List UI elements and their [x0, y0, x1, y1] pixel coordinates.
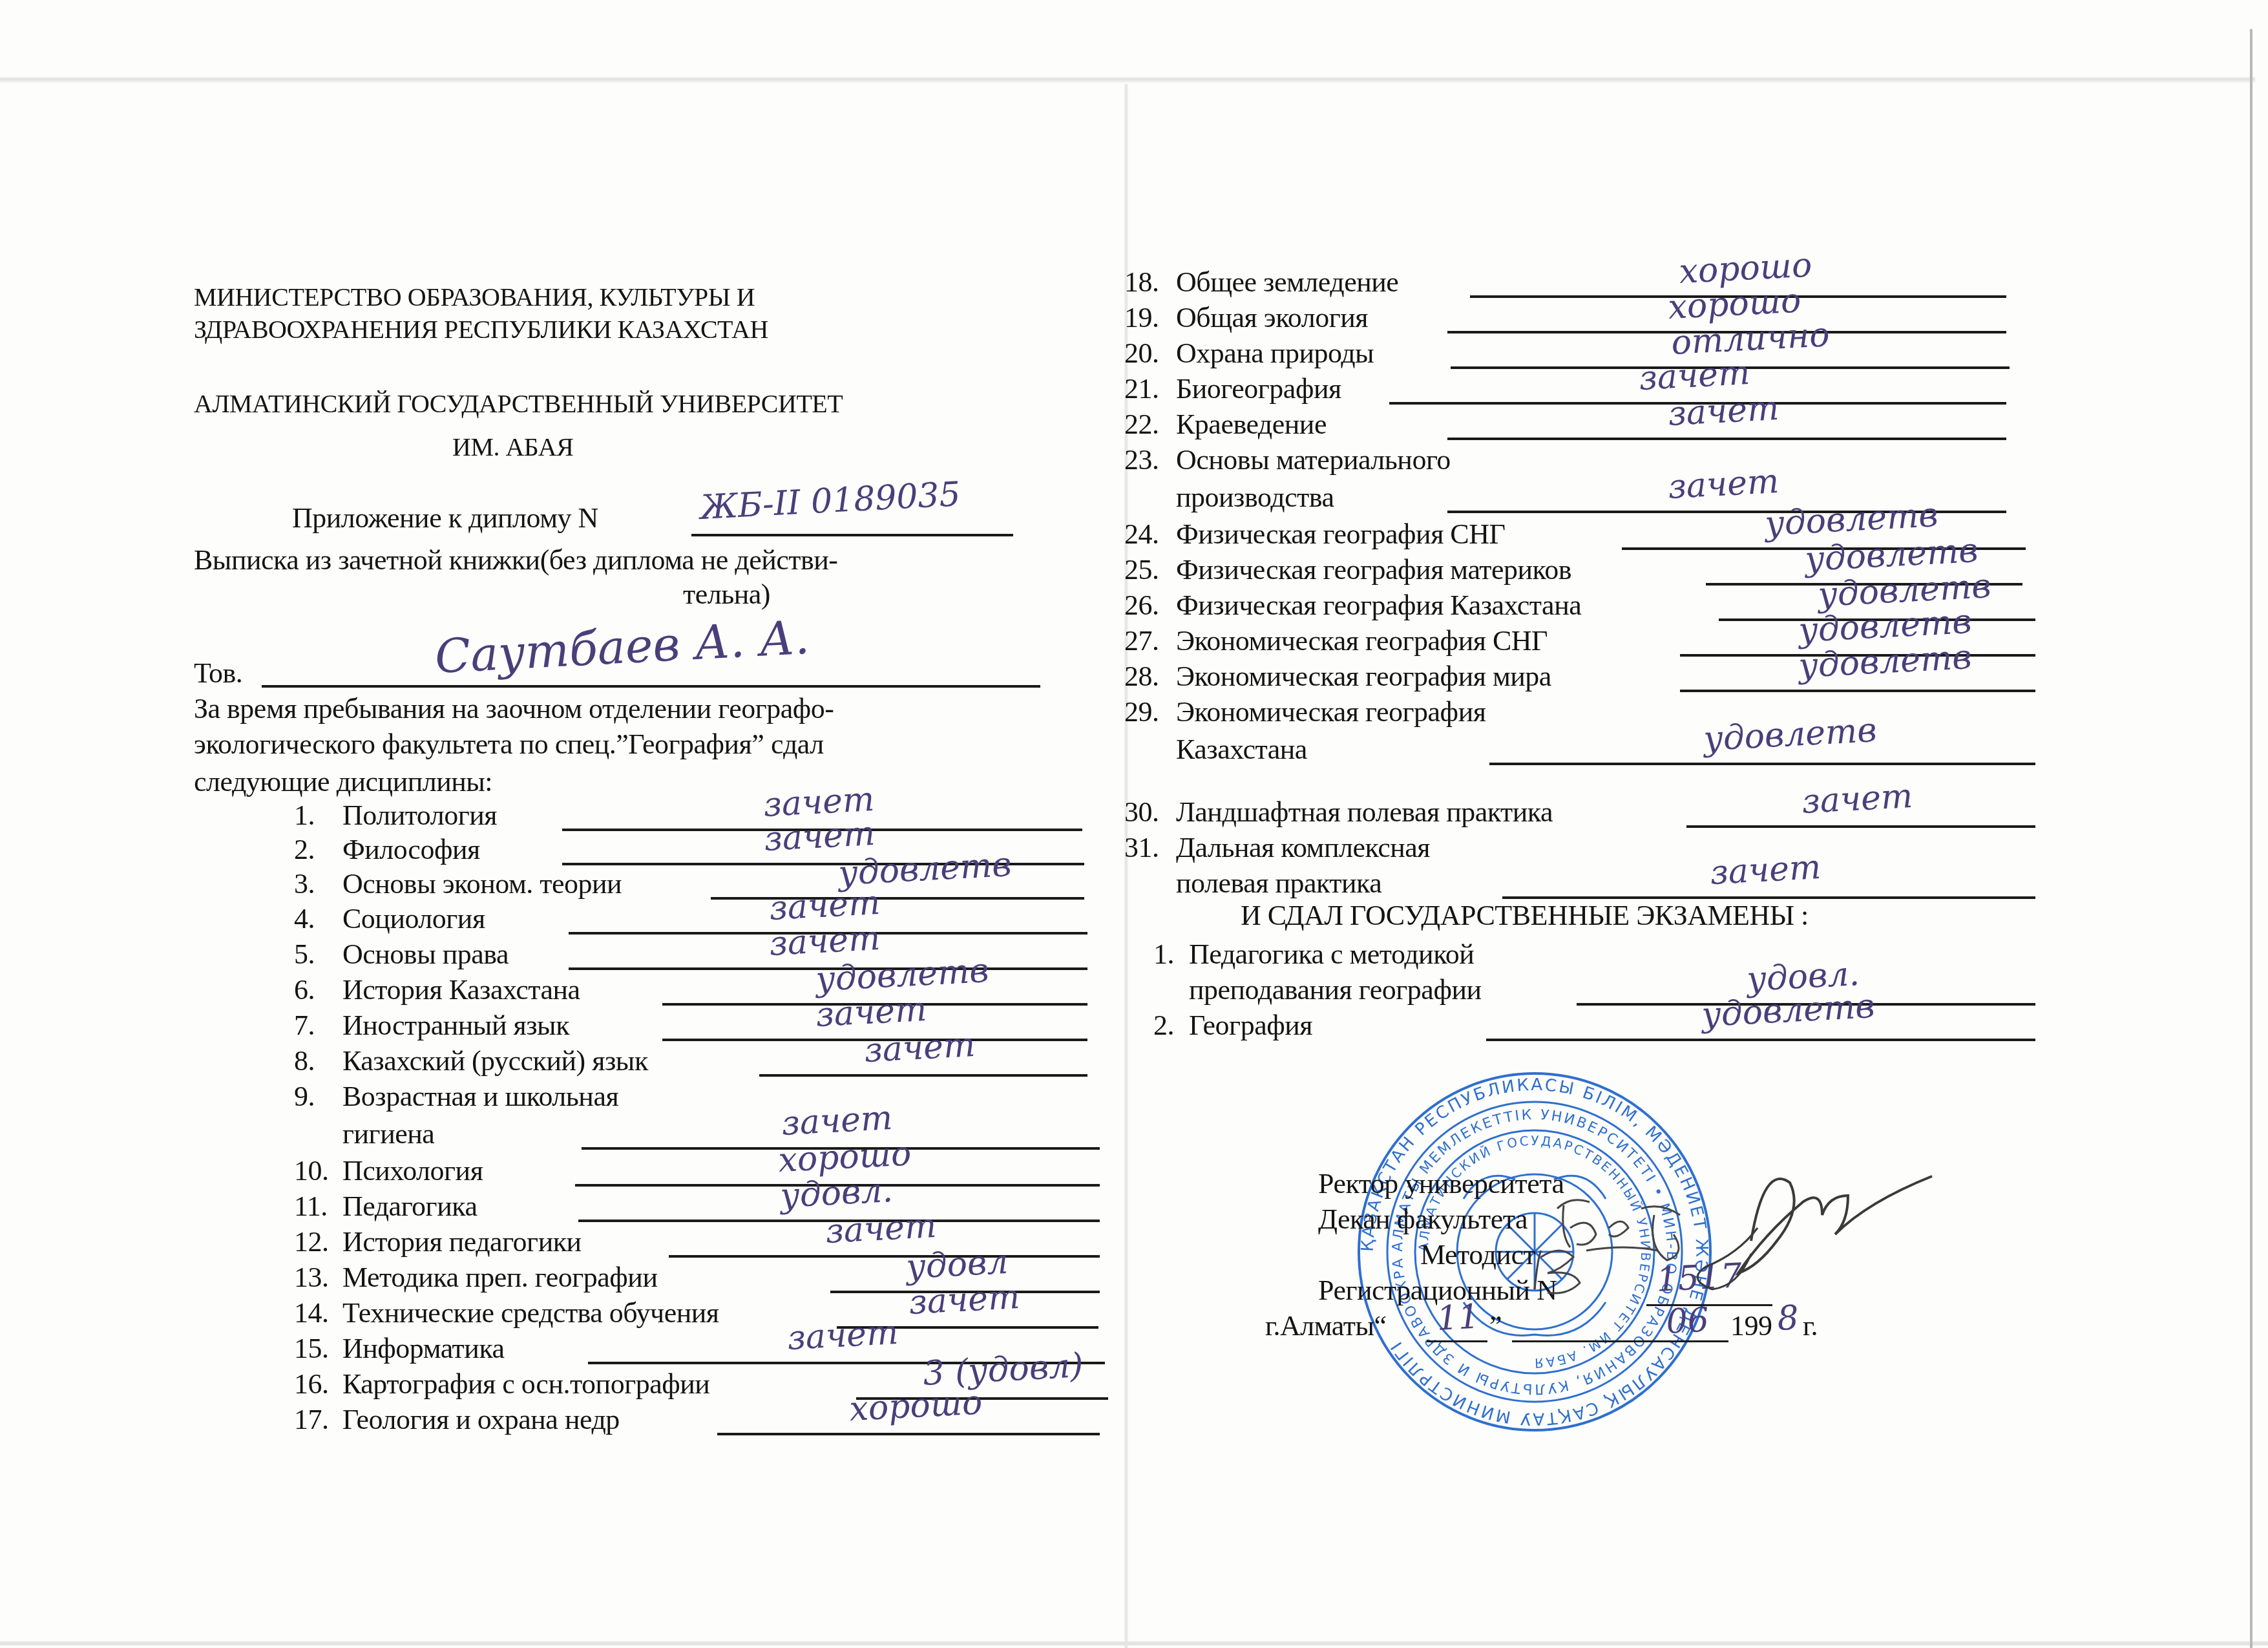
- grade-handwritten: удовлетв: [1703, 713, 1878, 756]
- discipline-name: История Казахстана: [342, 976, 580, 1004]
- discipline-number: 1.: [1153, 940, 1174, 969]
- grade-line: [759, 1074, 1087, 1077]
- discipline-name: Картография с осн.топографии: [342, 1370, 709, 1399]
- paper-edge: [2250, 29, 2252, 1648]
- student-name-line: [262, 685, 1040, 688]
- discipline-number: 1.: [294, 801, 315, 830]
- grade-handwritten: удовлетв: [1798, 640, 1973, 683]
- discipline-number: 28.: [1124, 662, 1159, 691]
- discipline-name: Краеведение: [1176, 410, 1327, 439]
- diploma-number: ЖБ-II 0189035: [699, 478, 961, 525]
- grade-line: [1447, 438, 2006, 440]
- discipline-name-line2: полевая практика: [1176, 869, 1381, 898]
- discipline-number: 27.: [1124, 627, 1159, 655]
- ministry-line-1: МИНИСТЕРСТВО ОБРАЗОВАНИЯ, КУЛЬТУРЫ И: [194, 284, 755, 310]
- discipline-name: География: [1189, 1011, 1312, 1040]
- intro-line-2: экологического факультета по спец.”Геогр…: [194, 730, 824, 759]
- discipline-name: Биогеография: [1176, 375, 1341, 403]
- discipline-number: 16.: [294, 1370, 329, 1399]
- discipline-name: Физическая география СНГ: [1176, 520, 1505, 549]
- discipline-name: Основы права: [342, 940, 509, 969]
- state-exams-heading: И СДАЛ ГОСУДАРСТВЕННЫЕ ЭКЗАМЕНЫ :: [1241, 902, 1809, 930]
- discipline-name-line2: Казахстана: [1176, 735, 1307, 764]
- university-line-1: АЛМАТИНСКИЙ ГОСУДАРСТВЕННЫЙ УНИВЕРСИТЕТ: [194, 391, 843, 417]
- signature-methodist-icon: [1522, 1238, 1677, 1309]
- grade-handwritten: зачет: [1801, 779, 1913, 819]
- discipline-name: Ландшафтная полевая практика: [1176, 798, 1553, 827]
- rector-label: Ректор университета: [1318, 1170, 1564, 1198]
- discipline-number: 25.: [1124, 556, 1159, 584]
- annex-subtitle-1: Выписка из зачетной книжки(без диплома н…: [194, 546, 837, 575]
- grade-handwritten: хорошо: [777, 1137, 912, 1178]
- discipline-name: Физическая география Казахстана: [1176, 591, 1581, 620]
- grade-handwritten: удовл.: [779, 1174, 894, 1213]
- fold-line-top: [0, 76, 2255, 83]
- discipline-name: Технические средства обучения: [342, 1299, 719, 1327]
- intro-line-1: За время пребывания на заочном отделении…: [194, 695, 834, 723]
- discipline-number: 2.: [1153, 1011, 1174, 1040]
- year-digit: 8: [1776, 1301, 1800, 1336]
- fold-line-bottom: [0, 1642, 2268, 1645]
- discipline-number: 4.: [294, 905, 315, 933]
- grade-handwritten: зачет: [863, 1028, 976, 1068]
- discipline-number: 11.: [294, 1192, 328, 1221]
- discipline-name: Геология и охрана недр: [342, 1406, 620, 1434]
- discipline-name: Основы эконом. теории: [342, 870, 622, 898]
- discipline-name: Казахский (русский) язык: [342, 1047, 648, 1075]
- student-label: Тов.: [194, 659, 242, 688]
- discipline-number: 10.: [294, 1157, 329, 1185]
- discipline-number: 31.: [1124, 834, 1159, 862]
- grade-handwritten: удовлетв: [815, 954, 990, 997]
- discipline-name-line2: производства: [1176, 483, 1334, 512]
- discipline-name: Основы материального: [1176, 446, 1451, 474]
- grade-line: [1489, 763, 2035, 765]
- discipline-name: Иностранный язык: [342, 1011, 569, 1040]
- grade-handwritten: зачет: [781, 1101, 893, 1141]
- intro-line-3: следующие дисциплины:: [194, 768, 492, 796]
- discipline-number: 22.: [1124, 410, 1159, 439]
- year-prefix: 199: [1730, 1312, 1772, 1340]
- discipline-number: 13.: [294, 1263, 329, 1292]
- discipline-name-line2: преподавания географии: [1189, 976, 1482, 1004]
- grade-handwritten: хорошо: [848, 1386, 983, 1426]
- discipline-name: Педагогика: [342, 1192, 477, 1221]
- discipline-number: 5.: [294, 940, 315, 969]
- discipline-number: 26.: [1124, 591, 1159, 620]
- grade-line: [1486, 1039, 2035, 1041]
- discipline-name: Информатика: [342, 1335, 505, 1363]
- discipline-number: 24.: [1124, 520, 1159, 549]
- discipline-name: Философия: [342, 836, 480, 864]
- discipline-number: 14.: [294, 1299, 329, 1327]
- grade-handwritten: зачет: [908, 1280, 1020, 1320]
- discipline-name: Возрастная и школьная: [342, 1083, 618, 1111]
- discipline-name: Общая экология: [1176, 304, 1368, 332]
- discipline-name: Педагогика с методикой: [1189, 940, 1474, 969]
- discipline-number: 2.: [294, 836, 315, 864]
- discipline-number: 19.: [1124, 304, 1159, 332]
- discipline-name-line2: гигиена: [342, 1120, 434, 1148]
- discipline-number: 29.: [1124, 698, 1159, 726]
- discipline-name: История педагогики: [342, 1228, 582, 1256]
- discipline-name: Охрана природы: [1176, 339, 1374, 368]
- diploma-number-line: [691, 534, 1013, 536]
- discipline-number: 30.: [1124, 798, 1159, 827]
- grade-handwritten: зачет: [1709, 850, 1822, 890]
- date-day: 11: [1436, 1300, 1480, 1336]
- grade-handwritten: зачет: [763, 817, 876, 856]
- discipline-name: Общее земледение: [1176, 268, 1398, 297]
- discipline-number: 12.: [294, 1228, 329, 1256]
- discipline-number: 9.: [294, 1083, 315, 1111]
- document-page: МИНИСТЕРСТВО ОБРАЗОВАНИЯ, КУЛЬТУРЫ И ЗДР…: [0, 0, 2268, 1648]
- grade-line: [1686, 825, 2035, 828]
- city-label: г.Алматы“: [1265, 1312, 1387, 1340]
- discipline-number: 6.: [294, 976, 315, 1004]
- discipline-number: 21.: [1124, 375, 1159, 403]
- grade-line: [1680, 690, 2035, 692]
- grade-handwritten: удовлетв: [1701, 989, 1876, 1032]
- month-line: [1512, 1340, 1728, 1342]
- discipline-number: 17.: [294, 1406, 329, 1434]
- discipline-number: 18.: [1124, 268, 1159, 297]
- methodist-label: Методист: [1420, 1241, 1535, 1269]
- ministry-line-2: ЗДРАВООХРАНЕНИЯ РЕСПУБЛИКИ КАЗАХСТАН: [194, 317, 768, 343]
- discipline-name: Экономическая география СНГ: [1176, 627, 1548, 655]
- discipline-number: 15.: [294, 1335, 329, 1363]
- day-line: [1427, 1340, 1487, 1342]
- grade-handwritten: отлично: [1670, 318, 1831, 360]
- grade-line: [717, 1433, 1100, 1435]
- discipline-name: Психология: [342, 1157, 483, 1185]
- discipline-name: Физическая география материков: [1176, 556, 1571, 584]
- discipline-number: 8.: [294, 1047, 315, 1075]
- discipline-number: 3.: [294, 870, 315, 898]
- grade-handwritten: зачет: [1667, 465, 1780, 504]
- grade-line: [669, 1255, 1100, 1258]
- discipline-name: Экономическая география мира: [1176, 662, 1551, 691]
- quote-close: ”: [1489, 1312, 1502, 1340]
- university-line-2: ИМ. АБАЯ: [452, 434, 573, 460]
- student-name: Саутбаев А. А.: [434, 614, 810, 680]
- dean-label: Декан факультета: [1318, 1205, 1528, 1234]
- discipline-number: 20.: [1124, 339, 1159, 368]
- discipline-name: Экономическая география: [1176, 698, 1486, 726]
- discipline-name: Социология: [342, 905, 485, 933]
- discipline-name: Методика преп. географии: [342, 1263, 657, 1292]
- year-suffix: г.: [1803, 1312, 1818, 1340]
- discipline-number: 23.: [1124, 446, 1159, 474]
- grade-handwritten: зачет: [815, 993, 927, 1032]
- grade-handwritten: зачет: [786, 1316, 899, 1355]
- grade-handwritten: зачет: [1667, 392, 1780, 431]
- grade-line: [711, 897, 1084, 900]
- annex-subtitle-2: тельна): [683, 580, 770, 609]
- grade-line: [1502, 896, 2035, 899]
- annex-title: Приложение к диплому N: [292, 504, 598, 533]
- discipline-number: 7.: [294, 1011, 315, 1040]
- grade-handwritten: зачет: [824, 1209, 937, 1249]
- grade-handwritten: зачет: [768, 922, 881, 961]
- discipline-name: Дальная комплексная: [1176, 834, 1430, 862]
- discipline-name: Политология: [342, 801, 497, 830]
- grade-handwritten: зачет: [1638, 356, 1750, 396]
- grade-handwritten: удовл: [905, 1245, 1009, 1284]
